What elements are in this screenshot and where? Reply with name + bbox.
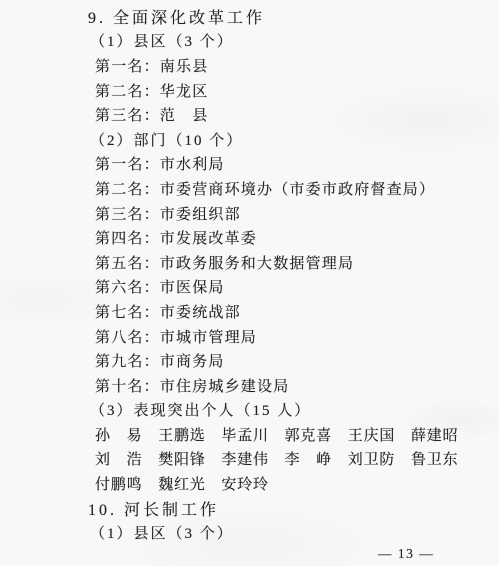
rank-line: 第二名：市委营商环境办（市委市政府督查局） xyxy=(95,176,499,201)
group-label-departments: （2）部门（10 个） xyxy=(90,127,499,152)
rank-line: 第三名：范 县 xyxy=(95,102,499,127)
heading-line-item-9: 9. 全面深化改革工作 xyxy=(88,4,499,29)
names-line: 付鹏鸣 魏红光 安玲玲 xyxy=(95,471,499,496)
rank-line: 第七名：市委统战部 xyxy=(95,299,499,324)
group-label-individuals: （3）表现突出个人（15 人） xyxy=(90,398,499,423)
group-label-counties: （1）县区（3 个） xyxy=(90,29,499,54)
document-body: 9. 全面深化改革工作 （1）县区（3 个） 第一名：南乐县 第二名：华龙区 第… xyxy=(0,4,499,545)
rank-line: 第一名：市水利局 xyxy=(95,152,499,177)
rank-line: 第三名：市委组织部 xyxy=(95,201,499,226)
page-number: — 13 — xyxy=(378,546,434,562)
names-line: 刘 浩 樊阳锋 李建伟 李 峥 刘卫防 鲁卫东 xyxy=(95,447,499,472)
heading-line-item-10: 10. 河长制工作 xyxy=(88,496,499,521)
scanned-document-page: 9. 全面深化改革工作 （1）县区（3 个） 第一名：南乐县 第二名：华龙区 第… xyxy=(0,0,499,566)
rank-line: 第十名：市住房城乡建设局 xyxy=(95,373,499,398)
rank-line: 第九名：市商务局 xyxy=(95,348,499,373)
rank-line: 第六名：市医保局 xyxy=(95,275,499,300)
rank-line: 第八名：市城市管理局 xyxy=(95,324,499,349)
rank-line: 第二名：华龙区 xyxy=(95,78,499,103)
names-line: 孙 易 王鹏选 毕孟川 郭克喜 王庆国 薛建昭 xyxy=(95,422,499,447)
rank-line: 第一名：南乐县 xyxy=(95,53,499,78)
rank-line: 第四名：市发展改革委 xyxy=(95,225,499,250)
group-label-counties-2: （1）县区（3 个） xyxy=(90,520,499,545)
rank-line: 第五名：市政务服务和大数据管理局 xyxy=(95,250,499,275)
